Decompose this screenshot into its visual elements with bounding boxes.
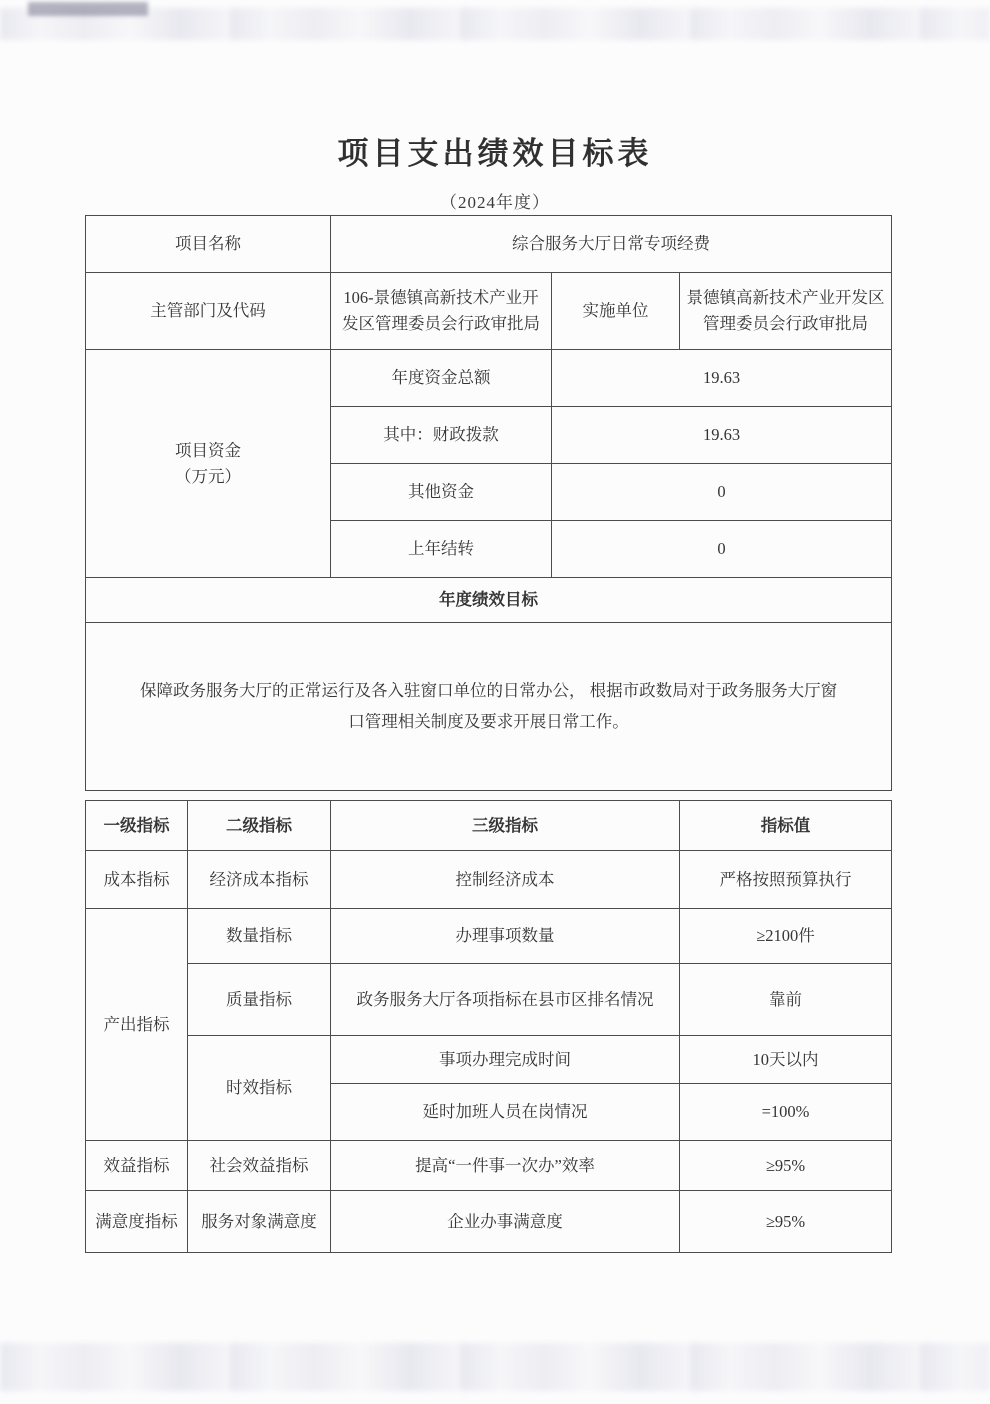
- indicator-l2: 经济成本指标: [188, 851, 331, 909]
- indicator-l3: 办理事项数量: [331, 909, 680, 964]
- funds-row-label: 上年结转: [331, 521, 552, 578]
- project-name-label: 项目名称: [86, 216, 331, 273]
- col-header-level2: 二级指标: [188, 801, 331, 851]
- col-header-level3: 三级指标: [331, 801, 680, 851]
- indicator-l2: 时效指标: [188, 1036, 331, 1141]
- impl-unit-value: 景德镇高新技术产业开发区管理委员会行政审批局: [680, 273, 892, 350]
- indicator-value: 严格按照预算执行: [680, 851, 892, 909]
- project-name-value: 综合服务大厅日常专项经费: [331, 216, 892, 273]
- impl-unit-label: 实施单位: [552, 273, 680, 350]
- scanned-document-page: 项目支出绩效目标表 （2024年度） 项目名称 综合服务大厅日常专项经费 主管部…: [0, 0, 990, 1404]
- table-row: 项目名称 综合服务大厅日常专项经费: [86, 216, 892, 273]
- table-header-row: 一级指标 二级指标 三级指标 指标值: [86, 801, 892, 851]
- annual-target-text: 保障政务服务大厅的正常运行及各入驻窗口单位的日常办公， 根据市政数局对于政务服务…: [86, 623, 892, 791]
- funds-row-label: 年度资金总额: [331, 350, 552, 407]
- col-header-level1: 一级指标: [86, 801, 188, 851]
- table-row: 主管部门及代码 106-景德镇高新技术产业开发区管理委员会行政审批局 实施单位 …: [86, 273, 892, 350]
- indicator-l2: 服务对象满意度: [188, 1191, 331, 1253]
- table-row: 成本指标 经济成本指标 控制经济成本 严格按照预算执行: [86, 851, 892, 909]
- table-row: 质量指标 政务服务大厅各项指标在县市区排名情况 靠前: [86, 964, 892, 1036]
- indicator-value: =100%: [680, 1084, 892, 1141]
- indicator-value: ≥95%: [680, 1191, 892, 1253]
- indicator-value: ≥95%: [680, 1141, 892, 1191]
- table-row: 项目资金 （万元） 年度资金总额 19.63: [86, 350, 892, 407]
- indicator-l1: 效益指标: [86, 1141, 188, 1191]
- funds-row-label: 其他资金: [331, 464, 552, 521]
- scan-artifact-top: [0, 8, 990, 40]
- indicator-l3: 延时加班人员在岗情况: [331, 1084, 680, 1141]
- table-row: 年度绩效目标: [86, 578, 892, 623]
- col-header-value: 指标值: [680, 801, 892, 851]
- indicator-l1: 满意度指标: [86, 1191, 188, 1253]
- indicator-value: 靠前: [680, 964, 892, 1036]
- annual-target-header: 年度绩效目标: [86, 578, 892, 623]
- indicator-value: ≥2100件: [680, 909, 892, 964]
- indicator-l3: 事项办理完成时间: [331, 1036, 680, 1084]
- scan-artifact-corner: [28, 2, 148, 16]
- page-title: 项目支出绩效目标表: [0, 128, 990, 173]
- indicator-value: 10天以内: [680, 1036, 892, 1084]
- indicator-l1: 产出指标: [86, 909, 188, 1141]
- funds-row-value: 19.63: [552, 350, 892, 407]
- indicator-l1: 成本指标: [86, 851, 188, 909]
- funds-row-label: 其中：财政拨款: [331, 407, 552, 464]
- table-row: 保障政务服务大厅的正常运行及各入驻窗口单位的日常办公， 根据市政数局对于政务服务…: [86, 623, 892, 791]
- indicator-l2: 社会效益指标: [188, 1141, 331, 1191]
- table-row: 满意度指标 服务对象满意度 企业办事满意度 ≥95%: [86, 1191, 892, 1253]
- dept-code-value: 106-景德镇高新技术产业开发区管理委员会行政审批局: [331, 273, 552, 350]
- funds-row-value: 0: [552, 521, 892, 578]
- table-row: 产出指标 数量指标 办理事项数量 ≥2100件: [86, 909, 892, 964]
- indicator-l3: 提高“一件事一次办”效率: [331, 1141, 680, 1191]
- project-info-table: 项目名称 综合服务大厅日常专项经费 主管部门及代码 106-景德镇高新技术产业开…: [85, 215, 892, 791]
- funds-group-label: 项目资金 （万元）: [86, 350, 331, 578]
- indicator-l3: 企业办事满意度: [331, 1191, 680, 1253]
- table-row: 效益指标 社会效益指标 提高“一件事一次办”效率 ≥95%: [86, 1141, 892, 1191]
- indicator-l3: 政务服务大厅各项指标在县市区排名情况: [331, 964, 680, 1036]
- indicator-l2: 数量指标: [188, 909, 331, 964]
- table-row: 时效指标 事项办理完成时间 10天以内: [86, 1036, 892, 1084]
- dept-code-label: 主管部门及代码: [86, 273, 331, 350]
- indicator-l2: 质量指标: [188, 964, 331, 1036]
- scan-artifact-bottom: [0, 1343, 990, 1391]
- funds-row-value: 0: [552, 464, 892, 521]
- page-subtitle: （2024年度）: [0, 188, 990, 213]
- indicator-l3: 控制经济成本: [331, 851, 680, 909]
- indicator-table: 一级指标 二级指标 三级指标 指标值 成本指标 经济成本指标 控制经济成本 严格…: [85, 800, 892, 1253]
- funds-row-value: 19.63: [552, 407, 892, 464]
